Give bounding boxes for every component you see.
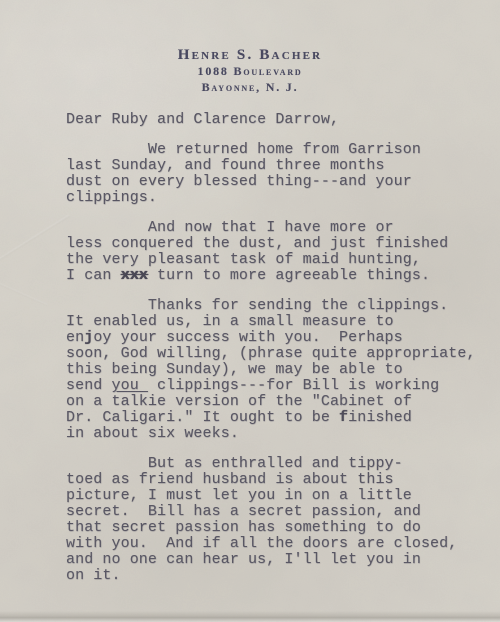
letter-body: Dear Ruby and Clarence Darrow, We return… (66, 112, 476, 584)
text-segment: toed as friend husband is about this (66, 471, 394, 488)
text-segment: dust on every blessed thing---and your (66, 173, 412, 190)
text-segment: en (66, 329, 84, 346)
text-segment: this being Sunday), we may be able to (66, 361, 403, 378)
text-segment: less conquered the dust, and just finish… (66, 235, 448, 252)
text-segment: last Sunday, and found three months (66, 157, 385, 174)
text-segment: But as enthralled and tippy- (66, 455, 403, 472)
letter-line: We returned home from Garrison (66, 142, 476, 158)
letter-line: It enabled us, in a small measure to (66, 314, 476, 330)
letter-line: But as enthralled and tippy- (66, 456, 476, 472)
letter-line: the very pleasant task of maid hunting, (66, 252, 476, 268)
letter-line: less conquered the dust, and just finish… (66, 236, 476, 252)
text-segment: Thanks for sending the clippings. (66, 297, 448, 314)
salutation: Dear Ruby and Clarence Darrow, (66, 112, 476, 128)
letter-line: on it. (66, 568, 476, 584)
text-segment: oy your success with you. Perhaps (93, 329, 402, 346)
text-segment: And now that I have more or (66, 219, 394, 236)
letter-line: with you. And if all the doors are close… (66, 536, 476, 552)
paper-crease (0, 214, 70, 264)
text-segment: inished (348, 409, 412, 426)
letter-line: this being Sunday), we may be able to (66, 362, 476, 378)
letter-line: dust on every blessed thing---and your (66, 174, 476, 190)
text-segment: secret. Bill has a secret passion, and (66, 503, 421, 520)
letter-line: and no one can hear us, I'll let you in (66, 552, 476, 568)
text-segment: that secret passion has something to do (66, 519, 421, 536)
text-segment: I can (66, 267, 121, 284)
text-segment: and no one can hear us, I'll let you in (66, 551, 421, 568)
text-segment: It enabled us, in a small measure to (66, 313, 394, 330)
text-segment-underline: you (112, 377, 148, 394)
letter-line: last Sunday, and found three months (66, 158, 476, 174)
letterhead-address-city: Bayonne, N. J. (0, 80, 500, 96)
letter-paragraph: Thanks for sending the clippings.It enab… (66, 298, 476, 442)
letter-line: I can xxx turn to more agreeable things. (66, 268, 476, 284)
letter-line: picture, I must let you in on a little (66, 488, 476, 504)
letter-page: Henre S. Bacher 1088 Boulevard Bayonne, … (0, 0, 500, 622)
letter-paragraphs: We returned home from Garrisonlast Sunda… (66, 142, 476, 584)
letter-line: send you clippings---for Bill is working (66, 378, 476, 394)
letter-line: clippings. (66, 190, 476, 206)
text-segment: clippings---for Bill is working (148, 377, 439, 394)
letter-line: toed as friend husband is about this (66, 472, 476, 488)
letter-paragraph: And now that I have more orless conquere… (66, 220, 476, 284)
letter-line: soon, God willing, (phrase quite appropr… (66, 346, 476, 362)
text-segment: on a talkie version of the "Cabinet of (66, 393, 412, 410)
letterhead-address-street: 1088 Boulevard (0, 64, 500, 80)
paper-bottom-edge (0, 611, 500, 622)
text-segment: We returned home from Garrison (66, 141, 421, 158)
text-segment: the very pleasant task of maid hunting, (66, 251, 421, 268)
text-segment: Dr. Caligari." It ought to be (66, 409, 339, 426)
text-segment: picture, I must let you in on a little (66, 487, 412, 504)
text-segment: on it. (66, 567, 121, 584)
text-segment: in about six weeks. (66, 425, 239, 442)
paper-crease (0, 280, 48, 306)
letter-line: Thanks for sending the clippings. (66, 298, 476, 314)
text-segment: clippings. (66, 189, 157, 206)
text-segment-struck: xxx (121, 267, 148, 284)
letter-line: enjoy your success with you. Perhaps (66, 330, 476, 346)
letter-line: on a talkie version of the "Cabinet of (66, 394, 476, 410)
letter-line: in about six weeks. (66, 426, 476, 442)
letter-paragraph: But as enthralled and tippy-toed as frie… (66, 456, 476, 584)
text-segment: with you. And if all the doors are close… (66, 535, 457, 552)
letter-line: And now that I have more or (66, 220, 476, 236)
letter-line: secret. Bill has a secret passion, and (66, 504, 476, 520)
text-segment: turn to more agreeable things. (148, 267, 430, 284)
text-segment-bold: j (84, 329, 93, 346)
text-segment: soon, God willing, (phrase quite appropr… (66, 345, 476, 362)
letter-line: Dr. Caligari." It ought to be finished (66, 410, 476, 426)
letter-paragraph: We returned home from Garrisonlast Sunda… (66, 142, 476, 206)
letter-line: that secret passion has something to do (66, 520, 476, 536)
text-segment-bold: f (339, 409, 348, 426)
letterhead-name: Henre S. Bacher (0, 46, 500, 64)
text-segment: send (66, 377, 112, 394)
letterhead: Henre S. Bacher 1088 Boulevard Bayonne, … (0, 46, 500, 95)
